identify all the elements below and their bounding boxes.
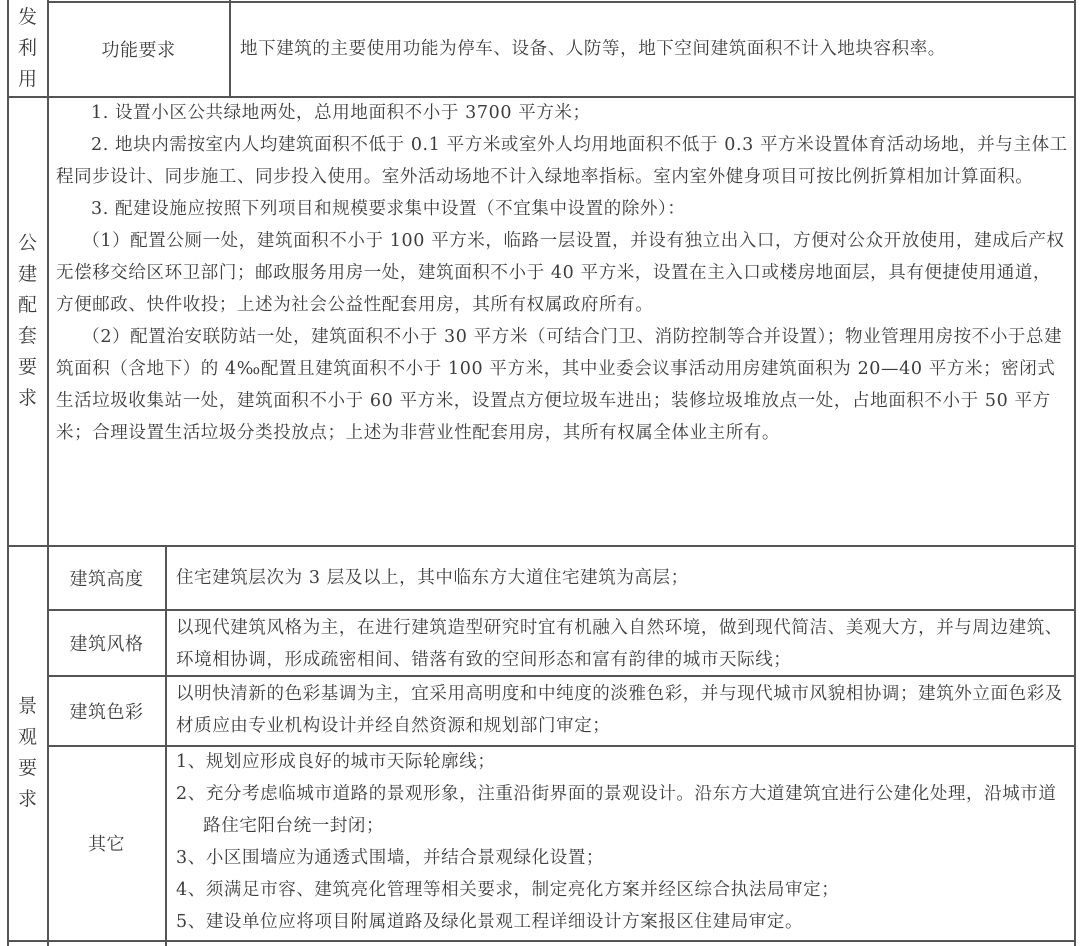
others-item-4: 4、须满足市容、建筑亮化管理等相关要求，制定亮化方案并经区综合执法局审定；	[176, 874, 1071, 906]
paragraph-facility-layout: 3. 配建设施应按照下列项目和规模要求集中设置（不宜集中设置的除外）：	[56, 193, 1068, 225]
row-divider-height	[47, 609, 1075, 611]
section-label-char: 景	[18, 691, 37, 722]
section-label-char: 求	[18, 383, 37, 414]
paragraph-sports-area: 2. 地块内需按室内人均建筑面积不低于 0.1 平方米或室外人均用地面积不低于 …	[56, 129, 1068, 193]
section-label-char: 发	[18, 2, 37, 33]
section-label-public-facilities: 公 建 配 套 要 求	[8, 97, 47, 545]
others-item-5: 5、建设单位应将项目附属道路及绿化景观工程详细设计方案报区住建局审定。	[176, 906, 1071, 938]
section-label-usage: 发 利 用	[8, 0, 47, 96]
paragraph-non-commercial: （2）配置治安联防站一处，建筑面积不小于 30 平方米（可结合门卫、消防控制等合…	[56, 321, 1068, 449]
building-color-text: 以明快清新的色彩基调为主，宜采用高明度和中纯度的淡雅色彩，并与现代城市风貌相协调…	[176, 678, 1071, 745]
section-label-char: 观	[18, 722, 37, 753]
others-text: 1、规划应形成良好的城市天际轮廓线； 2、充分考虑临城市道路的景观形象，注重沿街…	[176, 746, 1071, 940]
others-item-1: 1、规划应形成良好的城市天际轮廓线；	[176, 746, 1071, 778]
table-border-right	[1074, 0, 1076, 946]
section-label-char: 配	[18, 290, 37, 321]
building-height-text: 住宅建筑层次为 3 层及以上，其中临东方大道住宅建筑为高层；	[176, 546, 1071, 609]
row-divider-bottom	[7, 940, 1075, 942]
building-style-text: 以现代建筑风格为主，在进行建筑造型研究时宜有机融入自然环境，做到现代简洁、美观大…	[176, 612, 1071, 675]
building-style-line: 以现代建筑风格为主，在进行建筑造型研究时宜有机融入自然环境，做到现代简洁、美观大…	[176, 618, 1063, 670]
section-label-char: 求	[18, 784, 37, 815]
others-label: 其它	[48, 746, 165, 940]
usage-label-divider	[229, 0, 231, 96]
others-item-2: 2、充分考虑临城市道路的景观形象，注重沿街界面的景观设计。沿东方大道建筑宜进行公…	[176, 778, 1071, 842]
usage-text-content: 地下建筑的主要使用功能为停车、设备、人防等，地下空间建筑面积不计入地块容积率。	[240, 33, 946, 65]
usage-text: 地下建筑的主要使用功能为停车、设备、人防等，地下空间建筑面积不计入地块容积率。	[240, 2, 1072, 96]
planning-conditions-table: 发 利 用 功能要求 地下建筑的主要使用功能为停车、设备、人防等，地下空间建筑面…	[0, 0, 1080, 946]
building-height-line: 住宅建筑层次为 3 层及以上，其中临东方大道住宅建筑为高层；	[176, 562, 689, 594]
section-label-char: 公	[18, 228, 37, 259]
section-label-char: 利	[18, 33, 37, 64]
section-label-char: 建	[18, 259, 37, 290]
usage-label: 功能要求	[48, 2, 229, 96]
building-style-label: 建筑风格	[48, 610, 165, 675]
paragraph-public-welfare: （1）配置公厕一处，建筑面积不小于 100 平方米，临路一层设置，并设有独立出入…	[56, 225, 1068, 321]
building-color-label: 建筑色彩	[48, 676, 165, 745]
building-height-label: 建筑高度	[48, 546, 165, 609]
section-label-char: 套	[18, 321, 37, 352]
paragraph-green-space: 1. 设置小区公共绿地两处，总用地面积不小于 3700 平方米；	[56, 97, 1068, 129]
section-label-char: 要	[18, 753, 37, 784]
section-label-char: 用	[18, 64, 37, 95]
section-label-char: 要	[18, 352, 37, 383]
building-color-line: 以明快清新的色彩基调为主，宜采用高明度和中纯度的淡雅色彩，并与现代城市风貌相协调…	[176, 684, 1063, 736]
others-item-3: 3、小区围墙应为通透式围墙，并结合景观绿化设置；	[176, 842, 1071, 874]
section-label-landscape: 景 观 要 求	[8, 546, 47, 940]
public-facilities-content: 1. 设置小区公共绿地两处，总用地面积不小于 3700 平方米； 2. 地块内需…	[56, 97, 1068, 545]
